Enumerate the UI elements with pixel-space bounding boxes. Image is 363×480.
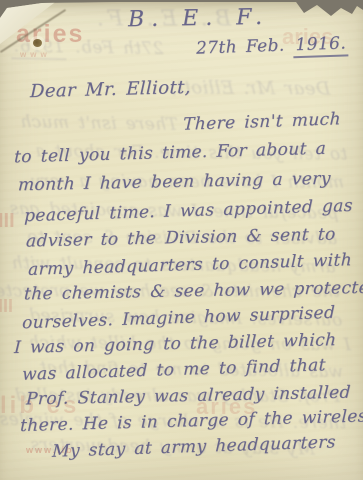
letter-date-prefix: 27th Feb. xyxy=(196,36,285,59)
handwritten-letter: B. E. F. 27th Feb. 1916. Dear Mr. Elliot… xyxy=(0,0,363,480)
letter-line: peaceful time. I was appointed gas xyxy=(24,196,353,226)
letter-scan-page: aries www aries lib es aries www.lib III… xyxy=(0,0,363,480)
letter-line: there. He is in charge of the wireless. xyxy=(20,406,363,436)
paper-stain-speck xyxy=(33,39,42,47)
letter-line: the chemists & see how we protected xyxy=(24,278,363,305)
letter-line: There isn't much xyxy=(183,109,342,135)
letter-line: My stay at army headquarters xyxy=(52,432,337,461)
letter-salutation: Dear Mr. Elliott, xyxy=(30,77,191,102)
letter-line: I was on going to the billet which xyxy=(14,330,337,358)
letter-header-bef: B. E. F. xyxy=(128,5,269,32)
letter-date: 27th Feb. 1916. xyxy=(196,33,349,58)
letter-line: was allocated to me to find that xyxy=(22,355,326,385)
letter-line: army headquarters to consult with xyxy=(28,250,352,280)
letter-line: month I have been having a very xyxy=(18,169,332,196)
letter-date-year: 1916. xyxy=(293,33,348,58)
paper-sheet: aries www aries lib es aries www.lib III… xyxy=(0,0,363,480)
letter-line: adviser to the Division & sent to xyxy=(26,224,337,251)
letter-line: to tell you this time. For about a xyxy=(14,139,327,168)
letter-line: Prof. Stanley was already installed xyxy=(26,383,352,410)
letter-line: ourselves. Imagine how surprised xyxy=(22,303,336,333)
